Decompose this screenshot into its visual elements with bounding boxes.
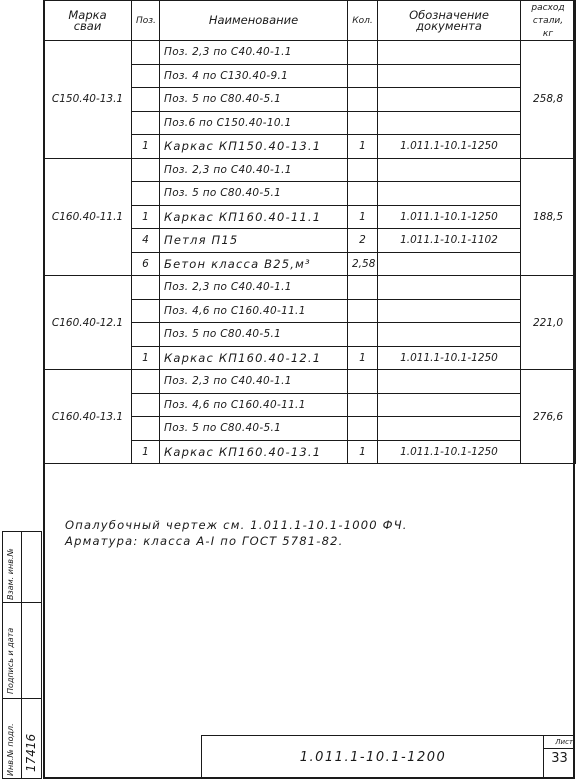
title-block: 1.011.1-10.1-1200 Лист 33 [201,735,575,779]
pile-mark: С160.40-13.1 [44,370,132,464]
sheet-box: Лист 33 [543,736,575,779]
position-cell [132,370,160,394]
document-cell: 1.011.1-10.1-1102 [378,229,521,253]
position-cell [132,158,160,182]
document-cell [378,299,521,323]
document-cell [378,88,521,112]
header-name: Наименование [160,1,348,41]
document-cell: 1.011.1-10.1-1250 [378,205,521,229]
notes: Опалубочный чертеж см. 1.011.1-10.1-1000… [65,517,408,549]
name-cell: Бетон класса В25,м³ [160,252,348,276]
table-header-row: Маркасваи Поз. Наименование Кол. Обознач… [44,1,576,41]
header-mark: Маркасваи [44,1,132,41]
document-cell: 1.011.1-10.1-1250 [378,135,521,159]
quantity-cell [348,323,378,347]
quantity-cell [348,88,378,112]
document-cell [378,111,521,135]
quantity-cell [348,370,378,394]
name-cell: Каркас КП160.40-11.1 [160,205,348,229]
signature-date-label: Подпись и дата [6,628,15,694]
quantity-cell [348,182,378,206]
quantity-cell [348,111,378,135]
quantity-cell [348,158,378,182]
document-cell [378,393,521,417]
position-cell: 1 [132,205,160,229]
document-code: 1.011.1-10.1-1200 [202,750,544,765]
document-cell [378,182,521,206]
name-cell: Поз. 2,3 по С40.40-1.1 [160,41,348,65]
document-cell [378,252,521,276]
replace-inv-label: Взам. инв.№ [6,548,15,600]
specification-body: С150.40-13.1Поз. 2,3 по С40.40-1.1258,8П… [44,41,576,464]
quantity-cell [348,417,378,441]
table-row: С160.40-11.1Поз. 2,3 по С40.40-1.1188,5 [44,158,576,182]
position-cell: 1 [132,440,160,464]
quantity-cell [348,393,378,417]
position-cell [132,182,160,206]
quantity-cell: 1 [348,346,378,370]
quantity-cell [348,41,378,65]
header-doc: Обозначениедокумента [378,1,521,41]
note-formwork: Опалубочный чертеж см. 1.011.1-10.1-1000… [65,517,408,533]
document-cell [378,323,521,347]
name-cell: Поз. 4,6 по С160.40-11.1 [160,299,348,323]
side-stamp: Взам. инв.№ Подпись и дата Инв.№ подл. 1… [2,531,42,779]
name-cell: Поз.6 по С150.40-10.1 [160,111,348,135]
side-stamp-divider [3,698,41,699]
name-cell: Поз. 5 по С80.40-5.1 [160,417,348,441]
steel-consumption: 188,5 [521,158,576,276]
pile-mark: С160.40-11.1 [44,158,132,276]
position-cell [132,417,160,441]
document-cell [378,417,521,441]
table-row: С160.40-13.1Поз. 2,3 по С40.40-1.1276,6 [44,370,576,394]
document-cell [378,158,521,182]
pile-mark: С160.40-12.1 [44,276,132,370]
position-cell [132,393,160,417]
quantity-cell [348,299,378,323]
quantity-cell: 1 [348,440,378,464]
steel-consumption: 258,8 [521,41,576,159]
name-cell: Поз. 2,3 по С40.40-1.1 [160,158,348,182]
name-cell: Каркас КП160.40-12.1 [160,346,348,370]
name-cell: Поз. 2,3 по С40.40-1.1 [160,370,348,394]
position-cell [132,299,160,323]
position-cell: 1 [132,135,160,159]
note-reinforcement: Арматура: класса А-I по ГОСТ 5781-82. [65,533,408,549]
sheet-number: 33 [544,751,575,766]
position-cell: 4 [132,229,160,253]
position-cell [132,111,160,135]
quantity-cell: 2,58 [348,252,378,276]
pile-mark: С150.40-13.1 [44,41,132,159]
steel-consumption: 221,0 [521,276,576,370]
quantity-cell [348,276,378,300]
document-cell: 1.011.1-10.1-1250 [378,440,521,464]
inv-number-value: 17416 [24,734,38,772]
steel-consumption: 276,6 [521,370,576,464]
name-cell: Каркас КП150.40-13.1 [160,135,348,159]
position-cell [132,64,160,88]
document-cell: 1.011.1-10.1-1250 [378,346,521,370]
position-cell: 6 [132,252,160,276]
header-steel: расходстали,кг [521,1,576,41]
quantity-cell: 1 [348,205,378,229]
name-cell: Каркас КП160.40-13.1 [160,440,348,464]
name-cell: Поз. 5 по С80.40-5.1 [160,88,348,112]
name-cell: Поз. 4 по С130.40-9.1 [160,64,348,88]
document-cell [378,370,521,394]
name-cell: Поз. 5 по С80.40-5.1 [160,323,348,347]
name-cell: Поз. 2,3 по С40.40-1.1 [160,276,348,300]
position-cell [132,276,160,300]
table-row: С150.40-13.1Поз. 2,3 по С40.40-1.1258,8 [44,41,576,65]
document-cell [378,276,521,300]
document-cell [378,64,521,88]
quantity-cell: 1 [348,135,378,159]
name-cell: Поз. 4,6 по С160.40-11.1 [160,393,348,417]
header-qty: Кол. [348,1,378,41]
inv-number-label: Инв.№ подл. [6,723,15,776]
side-stamp-divider [3,602,41,603]
name-cell: Петля П15 [160,229,348,253]
position-cell [132,41,160,65]
quantity-cell: 2 [348,229,378,253]
quantity-cell [348,64,378,88]
header-pos: Поз. [132,1,160,41]
position-cell: 1 [132,346,160,370]
specification-table: Маркасваи Поз. Наименование Кол. Обознач… [43,0,576,464]
name-cell: Поз. 5 по С80.40-5.1 [160,182,348,206]
sheet-label: Лист [544,736,575,749]
table-row: С160.40-12.1Поз. 2,3 по С40.40-1.1221,0 [44,276,576,300]
document-cell [378,41,521,65]
position-cell [132,88,160,112]
position-cell [132,323,160,347]
